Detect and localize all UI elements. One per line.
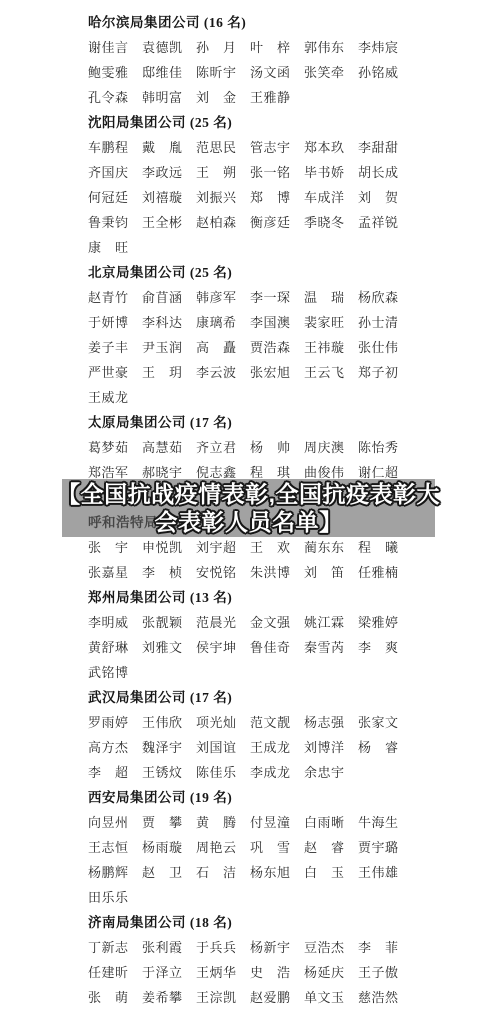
person-name: 邸维佳 bbox=[142, 60, 183, 85]
person-name: 刘 笛 bbox=[304, 560, 345, 585]
person-name: 丁新志 bbox=[88, 935, 129, 960]
person-name: 鲁佳奇 bbox=[250, 635, 291, 660]
person-name: 温 瑞 bbox=[304, 285, 345, 310]
name-row: 孔令森韩明富刘 金王雅静 bbox=[88, 85, 500, 110]
person-name: 贾浩森 bbox=[250, 335, 291, 360]
person-name: 李一琛 bbox=[250, 285, 291, 310]
person-name: 刘 贺 bbox=[358, 185, 399, 210]
person-name: 余忠宇 bbox=[304, 760, 345, 785]
name-row: 姜子丰尹玉润高 矗贾浩森王祎璇张仕伟 bbox=[88, 335, 500, 360]
person-name: 杨 睿 bbox=[358, 735, 399, 760]
person-name: 王 欢 bbox=[250, 535, 291, 560]
person-name: 张一铭 bbox=[250, 160, 291, 185]
person-name: 杨欣森 bbox=[358, 285, 399, 310]
person-name: 郑 博 bbox=[250, 185, 291, 210]
person-name: 王 朔 bbox=[196, 160, 237, 185]
name-row: 武铭博 bbox=[88, 660, 500, 685]
person-name: 季晓冬 bbox=[304, 210, 345, 235]
person-name: 郑本玖 bbox=[304, 135, 345, 160]
name-row: 向昱州贾 攀黄 腾付昱潼白雨晰牛海生 bbox=[88, 810, 500, 835]
person-name: 刘 金 bbox=[196, 85, 237, 110]
name-row: 任建昕于泽立王炳华史 浩杨延庆王子傲 bbox=[88, 960, 500, 985]
section-header: 北京局集团公司 (25 名) bbox=[88, 260, 500, 285]
person-name: 张宏旭 bbox=[250, 360, 291, 385]
person-name: 杨东旭 bbox=[250, 860, 291, 885]
person-name: 陈昕宇 bbox=[196, 60, 237, 85]
person-name: 杨延庆 bbox=[304, 960, 345, 985]
person-name: 付昱潼 bbox=[250, 810, 291, 835]
person-name: 贾 攀 bbox=[142, 810, 183, 835]
person-name: 刘禧璇 bbox=[142, 185, 183, 210]
section-header: 哈尔滨局集团公司 (16 名) bbox=[88, 10, 500, 35]
person-name: 姜子丰 bbox=[88, 335, 129, 360]
person-name: 黄舒琳 bbox=[88, 635, 129, 660]
section-header: 西安局集团公司 (19 名) bbox=[88, 785, 500, 810]
person-name: 石 洁 bbox=[196, 860, 237, 885]
person-name: 何冠廷 bbox=[88, 185, 129, 210]
person-name: 李云波 bbox=[196, 360, 237, 385]
person-name: 赵柏森 bbox=[196, 210, 237, 235]
person-name: 姚江霖 bbox=[304, 610, 345, 635]
name-row: 何冠廷刘禧璇刘振兴郑 博车成洋刘 贺 bbox=[88, 185, 500, 210]
person-name: 罗雨婷 bbox=[88, 710, 129, 735]
person-name: 韩彦军 bbox=[196, 285, 237, 310]
person-name: 李科达 bbox=[142, 310, 183, 335]
person-name: 单文玉 bbox=[304, 985, 345, 1010]
person-name: 慈浩然 bbox=[358, 985, 399, 1010]
person-name: 裴家旺 bbox=[304, 310, 345, 335]
person-name: 金文强 bbox=[250, 610, 291, 635]
person-name: 项光灿 bbox=[196, 710, 237, 735]
person-name: 王成龙 bbox=[250, 735, 291, 760]
person-name: 王子傲 bbox=[358, 960, 399, 985]
person-name: 李成龙 bbox=[250, 760, 291, 785]
person-name: 向昱州 bbox=[88, 810, 129, 835]
person-name: 张笑牵 bbox=[304, 60, 345, 85]
watermark-text-line1: 【全国抗战疫情表彰,全国抗疫表彰大 bbox=[57, 480, 440, 508]
person-name: 李甜甜 bbox=[358, 135, 399, 160]
name-row: 张嘉星李 桢安悦铭朱洪博刘 笛任雅楠 bbox=[88, 560, 500, 585]
name-row: 王威龙 bbox=[88, 385, 500, 410]
name-row: 高方杰魏泽宇刘国谊王成龙刘博洋杨 睿 bbox=[88, 735, 500, 760]
person-name: 鲍雯雅 bbox=[88, 60, 129, 85]
person-name: 杨新宇 bbox=[250, 935, 291, 960]
person-name: 于兵兵 bbox=[196, 935, 237, 960]
name-row: 李明威张靓颖范晨光金文强姚江霖梁雅婷 bbox=[88, 610, 500, 635]
person-name: 高 矗 bbox=[196, 335, 237, 360]
person-name: 衡彦廷 bbox=[250, 210, 291, 235]
person-name: 范文靓 bbox=[250, 710, 291, 735]
person-name: 李明威 bbox=[88, 610, 129, 635]
name-row: 张 宇申悦凯刘宇超王 欢蔺东东程 曦 bbox=[88, 535, 500, 560]
person-name: 梁雅婷 bbox=[358, 610, 399, 635]
person-name: 赵青竹 bbox=[88, 285, 129, 310]
person-name: 张靓颖 bbox=[142, 610, 183, 635]
person-name: 王炳华 bbox=[196, 960, 237, 985]
person-name: 赵爱鹏 bbox=[250, 985, 291, 1010]
person-name: 尹玉润 bbox=[142, 335, 183, 360]
person-name: 车成洋 bbox=[304, 185, 345, 210]
section-header: 沈阳局集团公司 (25 名) bbox=[88, 110, 500, 135]
person-name: 胡长成 bbox=[358, 160, 399, 185]
person-name: 王伟雄 bbox=[358, 860, 399, 885]
person-name: 谢佳言 bbox=[88, 35, 129, 60]
person-name: 孙 月 bbox=[196, 35, 237, 60]
person-name: 任雅楠 bbox=[358, 560, 399, 585]
person-name: 齐立君 bbox=[196, 435, 237, 460]
name-row: 张 萌姜希攀王淙凯赵爱鹏单文玉慈浩然 bbox=[88, 985, 500, 1010]
person-name: 贾宇璐 bbox=[358, 835, 399, 860]
person-name: 孔令森 bbox=[88, 85, 129, 110]
watermark-text-line2: 会表彰人员名单】 bbox=[155, 508, 343, 536]
person-name: 康璃希 bbox=[196, 310, 237, 335]
person-name: 史 浩 bbox=[250, 960, 291, 985]
name-row: 于妍博李科达康璃希李国澳裴家旺孙士清 bbox=[88, 310, 500, 335]
person-name: 刘振兴 bbox=[196, 185, 237, 210]
name-row: 田乐乐 bbox=[88, 885, 500, 910]
person-name: 李国澳 bbox=[250, 310, 291, 335]
person-name: 车鹏程 bbox=[88, 135, 129, 160]
name-row: 丁新志张利霞于兵兵杨新宇豆浩杰李 菲 bbox=[88, 935, 500, 960]
person-name: 张 宇 bbox=[88, 535, 129, 560]
person-name: 白雨晰 bbox=[304, 810, 345, 835]
person-name: 康 旺 bbox=[88, 235, 129, 260]
person-name: 范思民 bbox=[196, 135, 237, 160]
person-name: 高方杰 bbox=[88, 735, 129, 760]
person-name: 蔺东东 bbox=[304, 535, 345, 560]
name-row: 葛梦茹高慧茹齐立君杨 帅周庆澳陈怡秀 bbox=[88, 435, 500, 460]
watermark-overlay: 【全国抗战疫情表彰,全国抗疫表彰大 会表彰人员名单】 bbox=[62, 479, 435, 537]
person-name: 郑子初 bbox=[358, 360, 399, 385]
person-name: 王云飞 bbox=[304, 360, 345, 385]
person-name: 于妍博 bbox=[88, 310, 129, 335]
section-header: 济南局集团公司 (18 名) bbox=[88, 910, 500, 935]
person-name: 李 爽 bbox=[358, 635, 399, 660]
person-name: 李 桢 bbox=[142, 560, 183, 585]
section-header: 武汉局集团公司 (17 名) bbox=[88, 685, 500, 710]
person-name: 田乐乐 bbox=[88, 885, 129, 910]
person-name: 陈佳乐 bbox=[196, 760, 237, 785]
person-name: 张 萌 bbox=[88, 985, 129, 1010]
person-name: 严世豪 bbox=[88, 360, 129, 385]
section-header: 太原局集团公司 (17 名) bbox=[88, 410, 500, 435]
person-name: 杨 帅 bbox=[250, 435, 291, 460]
person-name: 杨雨璇 bbox=[142, 835, 183, 860]
person-name: 王锈炆 bbox=[142, 760, 183, 785]
name-row: 齐国庆李政远王 朔张一铭毕书娇胡长成 bbox=[88, 160, 500, 185]
person-name: 王淙凯 bbox=[196, 985, 237, 1010]
person-name: 姜希攀 bbox=[142, 985, 183, 1010]
person-name: 王志恒 bbox=[88, 835, 129, 860]
person-name: 巩 雪 bbox=[250, 835, 291, 860]
person-name: 任建昕 bbox=[88, 960, 129, 985]
person-name: 王伟欣 bbox=[142, 710, 183, 735]
person-name: 赵 卫 bbox=[142, 860, 183, 885]
person-name: 牛海生 bbox=[358, 810, 399, 835]
person-name: 王祎璇 bbox=[304, 335, 345, 360]
person-name: 张仕伟 bbox=[358, 335, 399, 360]
person-name: 范晨光 bbox=[196, 610, 237, 635]
person-name: 安悦铭 bbox=[196, 560, 237, 585]
person-name: 叶 梓 bbox=[250, 35, 291, 60]
person-name: 刘宇超 bbox=[196, 535, 237, 560]
person-name: 申悦凯 bbox=[142, 535, 183, 560]
name-row: 车鹏程戴 胤范思民管志宇郑本玖李甜甜 bbox=[88, 135, 500, 160]
name-row: 鲍雯雅邸维佳陈昕宇汤文函张笑牵孙铭威 bbox=[88, 60, 500, 85]
section-header: 郑州局集团公司 (13 名) bbox=[88, 585, 500, 610]
person-name: 张嘉星 bbox=[88, 560, 129, 585]
name-row: 鲁秉钧王全彬赵柏森衡彦廷季晓冬孟祥锐 bbox=[88, 210, 500, 235]
name-row: 严世豪王 玥李云波张宏旭王云飞郑子初 bbox=[88, 360, 500, 385]
person-name: 赵 睿 bbox=[304, 835, 345, 860]
person-name: 孟祥锐 bbox=[358, 210, 399, 235]
person-name: 黄 腾 bbox=[196, 810, 237, 835]
person-name: 管志宇 bbox=[250, 135, 291, 160]
person-name: 刘雅文 bbox=[142, 635, 183, 660]
person-name: 杨志强 bbox=[304, 710, 345, 735]
person-name: 白 玉 bbox=[304, 860, 345, 885]
person-name: 武铭博 bbox=[88, 660, 129, 685]
person-name: 豆浩杰 bbox=[304, 935, 345, 960]
person-name: 侯宇坤 bbox=[196, 635, 237, 660]
person-name: 程 曦 bbox=[358, 535, 399, 560]
person-name: 李 菲 bbox=[358, 935, 399, 960]
person-name: 孙士清 bbox=[358, 310, 399, 335]
person-name: 高慧茹 bbox=[142, 435, 183, 460]
person-name: 李 超 bbox=[88, 760, 129, 785]
person-name: 戴 胤 bbox=[142, 135, 183, 160]
person-name: 李炜宸 bbox=[358, 35, 399, 60]
person-name: 鲁秉钧 bbox=[88, 210, 129, 235]
person-name: 俞苜涵 bbox=[142, 285, 183, 310]
person-name: 葛梦茹 bbox=[88, 435, 129, 460]
person-name: 汤文函 bbox=[250, 60, 291, 85]
name-row: 黄舒琳刘雅文侯宇坤鲁佳奇秦雪芮李 爽 bbox=[88, 635, 500, 660]
person-name: 魏泽宇 bbox=[142, 735, 183, 760]
person-name: 孙铭威 bbox=[358, 60, 399, 85]
name-row: 赵青竹俞苜涵韩彦军李一琛温 瑞杨欣森 bbox=[88, 285, 500, 310]
person-name: 于泽立 bbox=[142, 960, 183, 985]
person-name: 周庆澳 bbox=[304, 435, 345, 460]
person-name: 朱洪博 bbox=[250, 560, 291, 585]
person-name: 李政远 bbox=[142, 160, 183, 185]
person-name: 毕书娇 bbox=[304, 160, 345, 185]
name-row: 康 旺 bbox=[88, 235, 500, 260]
person-name: 王 玥 bbox=[142, 360, 183, 385]
person-name: 王雅静 bbox=[250, 85, 291, 110]
person-name: 秦雪芮 bbox=[304, 635, 345, 660]
person-name: 王全彬 bbox=[142, 210, 183, 235]
person-name: 张利霞 bbox=[142, 935, 183, 960]
name-row: 杨鹏辉赵 卫石 洁杨东旭白 玉王伟雄 bbox=[88, 860, 500, 885]
person-name: 郭伟东 bbox=[304, 35, 345, 60]
person-name: 袁德凯 bbox=[142, 35, 183, 60]
person-name: 刘博洋 bbox=[304, 735, 345, 760]
person-name: 刘国谊 bbox=[196, 735, 237, 760]
person-name: 张家文 bbox=[358, 710, 399, 735]
name-row: 王志恒杨雨璇周艳云巩 雪赵 睿贾宇璐 bbox=[88, 835, 500, 860]
name-row: 罗雨婷王伟欣项光灿范文靓杨志强张家文 bbox=[88, 710, 500, 735]
name-row: 李 超王锈炆陈佳乐李成龙余忠宇 bbox=[88, 760, 500, 785]
document-page: 哈尔滨局集团公司 (16 名)谢佳言袁德凯孙 月叶 梓郭伟东李炜宸鲍雯雅邸维佳陈… bbox=[0, 0, 500, 1017]
person-name: 周艳云 bbox=[196, 835, 237, 860]
person-name: 齐国庆 bbox=[88, 160, 129, 185]
name-row: 谢佳言袁德凯孙 月叶 梓郭伟东李炜宸 bbox=[88, 35, 500, 60]
person-name: 韩明富 bbox=[142, 85, 183, 110]
person-name: 王威龙 bbox=[88, 385, 129, 410]
person-name: 杨鹏辉 bbox=[88, 860, 129, 885]
person-name: 陈怡秀 bbox=[358, 435, 399, 460]
